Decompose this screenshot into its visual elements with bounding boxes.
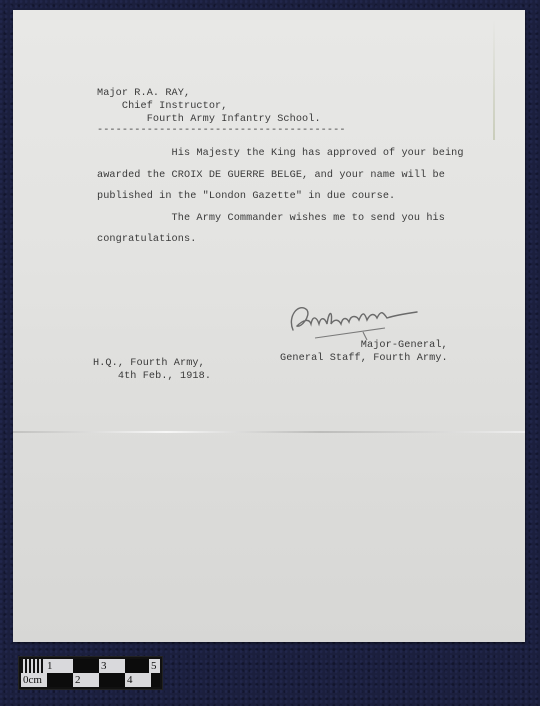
ruler-label-2: 2: [73, 673, 99, 687]
ruler-label-1: 1: [45, 659, 73, 673]
ruler-cell: [73, 659, 99, 673]
ruler-cell: [99, 673, 125, 687]
recipient-position: Chief Instructor,: [97, 100, 321, 113]
ruler-label-5: 5: [149, 659, 160, 673]
letter-paper: Major R.A. RAY, Chief Instructor, Fourth…: [13, 10, 525, 642]
ruler-cell: [125, 659, 151, 673]
ruler-label-4: 4: [125, 673, 151, 687]
body-line: published in the "London Gazette" in due…: [97, 186, 464, 208]
ruler-mm-ticks: [21, 659, 43, 673]
body-line: congratulations.: [97, 229, 464, 251]
ruler-label-3: 3: [99, 659, 125, 673]
ruler-cell: [47, 673, 73, 687]
letter-date: 4th Feb., 1918.: [93, 370, 211, 383]
address-divider: ----------------------------------------: [97, 124, 346, 137]
body-line: His Majesty the King has approved of you…: [97, 143, 464, 165]
letter-body: His Majesty the King has approved of you…: [97, 143, 464, 251]
body-line: The Army Commander wishes me to send you…: [97, 208, 464, 230]
signatory-rank: Major-General,: [280, 339, 448, 352]
scale-ruler: 1 3 5 0cm 2 4: [18, 656, 163, 690]
recipient-address: Major R.A. RAY, Chief Instructor, Fourth…: [97, 87, 321, 126]
ruler-unit-label: 0cm: [21, 673, 47, 687]
origin-and-date: H.Q., Fourth Army, 4th Feb., 1918.: [93, 357, 211, 383]
recipient-name: Major R.A. RAY,: [97, 87, 321, 100]
signatory-title: Major-General,General Staff, Fourth Army…: [280, 339, 448, 365]
body-line: awarded the CROIX DE GUERRE BELGE, and y…: [97, 165, 464, 187]
origin-place: H.Q., Fourth Army,: [93, 357, 211, 370]
signatory-staff: General Staff, Fourth Army.: [280, 352, 448, 365]
ruler-cell: [151, 673, 160, 687]
